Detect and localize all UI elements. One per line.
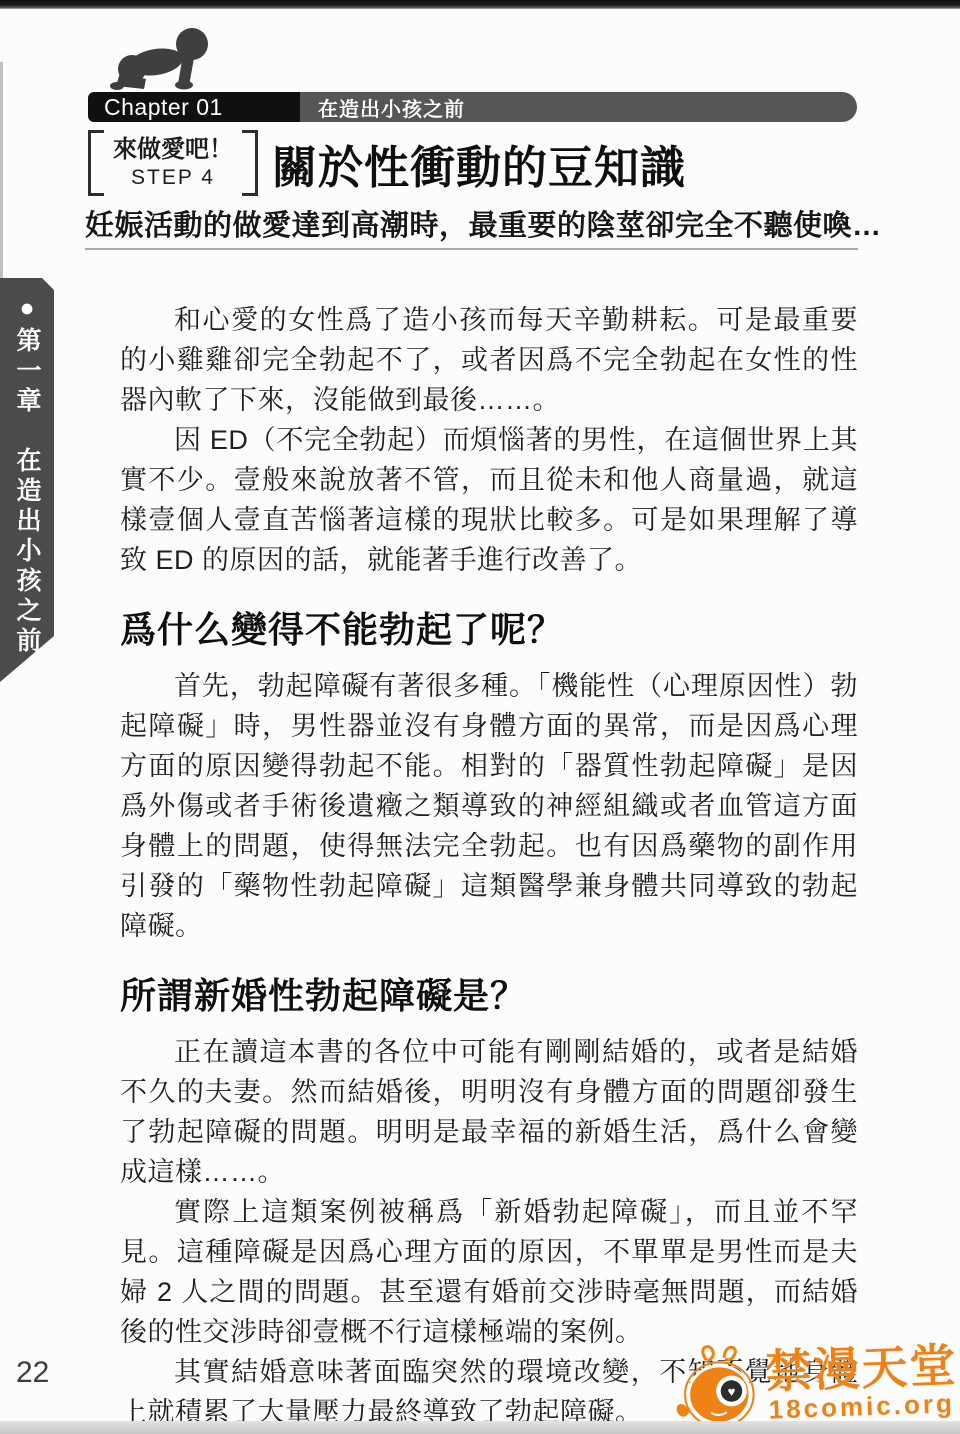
- subtitle-divider: [85, 248, 858, 250]
- section-paragraph: 正在讀這本書的各位中可能有剛剛結婚的，或者是結婚不久的夫妻。然而結婚後，明明沒有…: [120, 1032, 858, 1192]
- watermark: ♥ 禁漫天堂 18comic.org: [670, 1333, 959, 1434]
- book-page: Chapter 01 在造出小孩之前 來做愛吧！ STEP 4 關於性衝動的豆知…: [0, 0, 960, 1434]
- watermark-mascot-icon: ♥: [670, 1340, 765, 1434]
- page-number: 22: [16, 1356, 49, 1390]
- chapter-side-tab: ●第一章 在造出小孩之前: [0, 278, 54, 682]
- step-label: STEP 4: [131, 165, 215, 191]
- scan-edge-artifact: [0, 62, 3, 280]
- watermark-site-name: 禁漫天堂: [765, 1341, 959, 1396]
- chapter-header-bar: Chapter 01 在造出小孩之前: [88, 92, 857, 122]
- page-title: 關於性衝動的豆知識: [272, 131, 686, 196]
- watermark-site-url: 18comic.org: [768, 1389, 955, 1423]
- chapter-title: 在造出小孩之前: [318, 93, 465, 122]
- page-subtitle: 妊娠活動的做愛達到高潮時，最重要的陰莖卻完全不聽使喚…: [85, 203, 865, 244]
- section-paragraph: 首先，勃起障礙有著很多種。「機能性（心理原因性）勃起障礙」時，男性器並沒有身體方…: [120, 666, 858, 946]
- scan-top-edge: [0, 0, 960, 9]
- intro-paragraph: 和心愛的女性爲了造小孩而每天辛勤耕耘。可是最重要的小雞雞卻完全勃起不了，或者因爲…: [120, 300, 858, 420]
- section-heading: 爲什么變得不能勃起了呢？: [120, 608, 858, 652]
- section-paragraph: 實際上這類案例被稱爲「新婚勃起障礙」，而且並不罕見。這種障礙是因爲心理方面的原因…: [120, 1192, 858, 1352]
- step-tagline: 來做愛吧！: [113, 135, 233, 165]
- chapter-label: Chapter 01: [104, 94, 223, 121]
- crawling-baby-icon: [98, 22, 220, 92]
- section-heading: 所謂新婚性勃起障礙是？: [120, 974, 858, 1018]
- body-content: 和心愛的女性爲了造小孩而每天辛勤耕耘。可是最重要的小雞雞卻完全勃起不了，或者因爲…: [120, 300, 858, 1432]
- svg-text:♥: ♥: [727, 1384, 736, 1399]
- side-tab-label: ●第一章 在造出小孩之前: [9, 278, 45, 682]
- chapter-title-bar: 在造出小孩之前: [300, 92, 857, 122]
- chapter-badge: Chapter 01: [88, 92, 300, 122]
- scan-bottom-edge: [0, 1421, 960, 1434]
- step-box: 來做愛吧！ STEP 4: [88, 130, 258, 196]
- intro-paragraph: 因 ED（不完全勃起）而煩惱著的男性，在這個世界上其實不少。壹般來說放著不管，而…: [120, 420, 858, 580]
